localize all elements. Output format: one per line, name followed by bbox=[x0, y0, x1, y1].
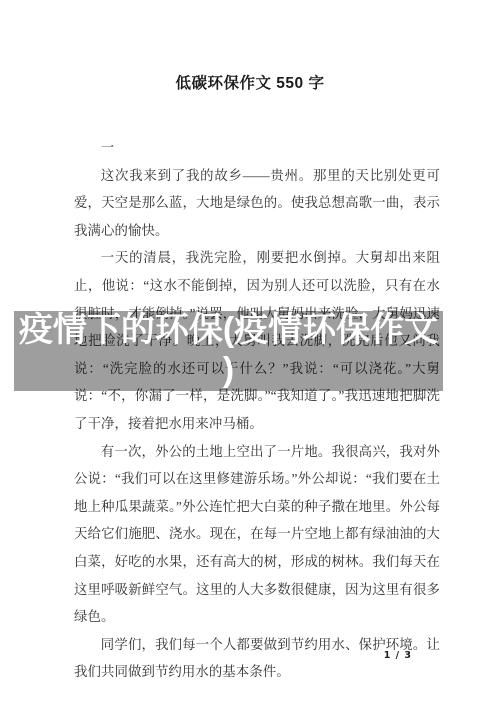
watermark-title-line1: 疫情下的环保(疫情环保作文 bbox=[14, 311, 443, 351]
watermark-title-line2: ) bbox=[14, 351, 443, 391]
essay-paragraph: 有一次，外公的土地上空出了一片地。我很高兴，我对外公说：“我们可以在这里修建游乐… bbox=[74, 438, 440, 631]
page-title: 低碳环保作文 550 字 bbox=[0, 71, 500, 93]
watermark-overlay: 疫情下的环保(疫情环保作文 ) bbox=[14, 311, 443, 391]
document-page: 低碳环保作文 550 字 一 这次我来到了我的故乡——贵州。那里的天比别处更可爱… bbox=[0, 0, 500, 706]
essay-paragraph: 这次我来到了我的故乡——贵州。那里的天比别处更可爱，天空是那么蓝，大地是绿色的。… bbox=[74, 162, 440, 245]
essay-body: 一 这次我来到了我的故乡——贵州。那里的天比别处更可爱，天空是那么蓝，大地是绿色… bbox=[74, 134, 440, 686]
page-indicator: 1 / 3 bbox=[384, 650, 412, 661]
section-marker: 一 bbox=[74, 134, 440, 162]
